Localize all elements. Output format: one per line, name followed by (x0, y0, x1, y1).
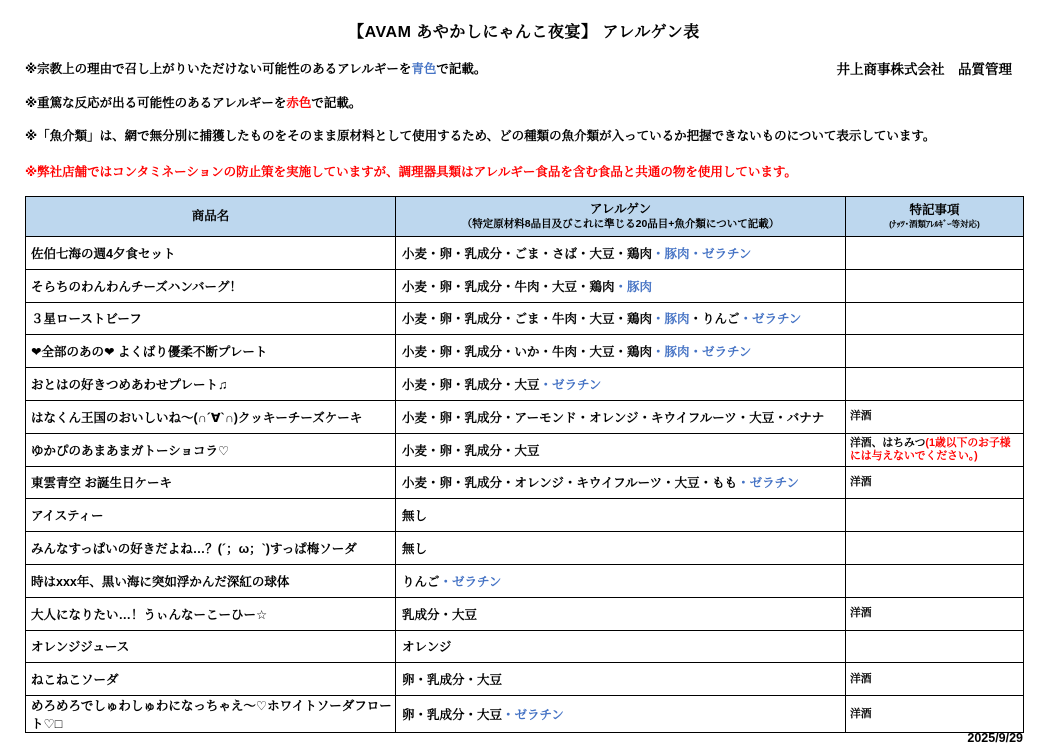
notes-cell (846, 630, 1024, 663)
note-religion: ※宗教上の理由で召し上がりいただけない可能性のあるアレルギーを青色で記載。 (25, 59, 486, 77)
table-row: ３星ローストビーフ小麦・卵・乳成分・ごま・牛肉・大豆・鶏肉・豚肉・りんご・ゼラチ… (26, 302, 1024, 335)
notes-cell: 洋酒 (846, 466, 1024, 499)
text-segment: ※「魚介類」は、網で無分別に捕獲したものをそのまま原材料として使用するため、どの… (25, 129, 935, 143)
allergen-cell: 小麦・卵・乳成分・オレンジ・キウイフルーツ・大豆・もも・ゼラチン (396, 466, 846, 499)
text-segment: ・豚肉・ゼラチン (652, 345, 751, 359)
header-product: 商品名 (26, 197, 396, 237)
table-row: ねこねこソーダ卵・乳成分・大豆洋酒 (26, 663, 1024, 696)
allergen-cell: 小麦・卵・乳成分・アーモンド・オレンジ・キウイフルーツ・大豆・バナナ (396, 400, 846, 433)
text-segment: 赤色 (286, 96, 311, 110)
product-cell: 東雲青空 お誕生日ケーキ (26, 466, 396, 499)
text-segment: 小麦・卵・乳成分・オレンジ・キウイフルーツ・大豆・もも (402, 476, 737, 490)
text-segment: ・ゼラチン (737, 476, 799, 490)
table-row: めろめろでしゅわしゅわになっちゃえ～♡ホワイトソーダフロート♡□卵・乳成分・大豆… (26, 696, 1024, 733)
allergen-cell: 乳成分・大豆 (396, 597, 846, 630)
table-row: 時はxxx年、黒い海に突如浮かんだ深紅の球体りんご・ゼラチン (26, 564, 1024, 597)
table-row: オレンジジュースオレンジ (26, 630, 1024, 663)
text-segment: ・りんご (690, 312, 740, 326)
text-segment: 小麦・卵・乳成分・ごま・さば・大豆・鶏肉 (402, 247, 652, 261)
notes-cell: 洋酒、はちみつ(1歳以下のお子様には与えないでください。) (846, 433, 1024, 466)
product-cell: 時はxxx年、黒い海に突如浮かんだ深紅の球体 (26, 564, 396, 597)
text-segment: ※重篤な反応が出る可能性のあるアレルギーを (25, 96, 286, 110)
notes-cell (846, 499, 1024, 532)
allergen-cell: 卵・乳成分・大豆・ゼラチン (396, 696, 846, 733)
text-segment: で記載。 (436, 62, 486, 76)
text-segment: オレンジ (402, 640, 451, 654)
text-segment: 卵・乳成分・大豆 (402, 708, 502, 722)
allergen-cell: 小麦・卵・乳成分・大豆・ゼラチン (396, 368, 846, 401)
product-cell: アイスティー (26, 499, 396, 532)
note-seafood: ※「魚介類」は、網で無分別に捕獲したものをそのまま原材料として使用するため、どの… (25, 126, 935, 144)
allergen-cell: 小麦・卵・乳成分・いか・牛肉・大豆・鶏肉・豚肉・ゼラチン (396, 335, 846, 368)
notes-cell (846, 269, 1024, 302)
allergen-cell: 小麦・卵・乳成分・ごま・牛肉・大豆・鶏肉・豚肉・りんご・ゼラチン (396, 302, 846, 335)
text-segment: 小麦・卵・乳成分・大豆 (402, 378, 540, 392)
text-segment: ・豚肉・ゼラチン (652, 247, 751, 261)
table-row: そらちのわんわんチーズハンバーグ！小麦・卵・乳成分・牛肉・大豆・鶏肉・豚肉 (26, 269, 1024, 302)
text-segment: ※宗教上の理由で召し上がりいただけない可能性のあるアレルギーを (25, 62, 411, 76)
allergen-cell: 無し (396, 499, 846, 532)
header-notes-label: 特記事項 (846, 203, 1023, 219)
notes-cell: 洋酒 (846, 696, 1024, 733)
text-segment: ・ゼラチン (440, 575, 502, 589)
notes-cell (846, 335, 1024, 368)
allergen-cell: 小麦・卵・乳成分・牛肉・大豆・鶏肉・豚肉 (396, 269, 846, 302)
product-cell: オレンジジュース (26, 630, 396, 663)
note-contamination: ※弊社店舗ではコンタミネーションの防止策を実施していますが、調理器具類はアレルギ… (25, 162, 797, 180)
notes-cell (846, 532, 1024, 565)
allergen-cell: 小麦・卵・乳成分・大豆 (396, 433, 846, 466)
allergen-cell: 無し (396, 532, 846, 565)
allergen-cell: りんご・ゼラチン (396, 564, 846, 597)
product-cell: おとはの好きつめあわせプレート♫ (26, 368, 396, 401)
header-notes-sublabel: (ﾅｯﾂ･酒類ｱﾚﾙｷﾞｰ等対応) (846, 219, 1023, 230)
header-allergen: アレルゲン （特定原材料8品目及びこれに準じる20品目+魚介類について記載） (396, 197, 846, 237)
allergen-table: 商品名 アレルゲン （特定原材料8品目及びこれに準じる20品目+魚介類について記… (25, 196, 1024, 733)
notes-cell: 洋酒 (846, 597, 1024, 630)
table-row: アイスティー無し (26, 499, 1024, 532)
table-row: ❤全部のあの❤ よくばり優柔不断プレート小麦・卵・乳成分・いか・牛肉・大豆・鶏肉… (26, 335, 1024, 368)
page-title: 【AVAM あやかしにゃんこ夜宴】 アレルゲン表 (0, 19, 1048, 42)
text-segment: 洋酒 (850, 708, 872, 720)
product-cell: みんなすっぱいの好きだよね…？(´；ω；`)すっぱ梅ソーダ (26, 532, 396, 565)
text-segment: ・ゼラチン (740, 312, 802, 326)
note-severe: ※重篤な反応が出る可能性のあるアレルギーを赤色で記載。 (25, 93, 361, 111)
product-cell: はなくん王国のおいしいね～(∩´∀`∩)クッキーチーズケーキ (26, 400, 396, 433)
text-segment: ・豚肉 (615, 280, 653, 294)
text-segment: で記載。 (311, 96, 361, 110)
text-segment: ・ゼラチン (540, 378, 602, 392)
text-segment: 小麦・卵・乳成分・牛肉・大豆・鶏肉 (402, 280, 615, 294)
text-segment: 洋酒 (850, 607, 872, 619)
table-row: 大人になりたい…！うぃんなーこーひー☆乳成分・大豆洋酒 (26, 597, 1024, 630)
text-segment: りんご (402, 575, 440, 589)
text-segment: 洋酒 (850, 673, 872, 685)
allergen-cell: 小麦・卵・乳成分・ごま・さば・大豆・鶏肉・豚肉・ゼラチン (396, 237, 846, 270)
allergen-cell: 卵・乳成分・大豆 (396, 663, 846, 696)
product-cell: ❤全部のあの❤ よくばり優柔不断プレート (26, 335, 396, 368)
text-segment: 小麦・卵・乳成分・アーモンド・オレンジ・キウイフルーツ・大豆・バナナ (402, 411, 824, 425)
text-segment: 乳成分・大豆 (402, 608, 477, 622)
table-body: 佐伯七海の週4夕食セット小麦・卵・乳成分・ごま・さば・大豆・鶏肉・豚肉・ゼラチン… (26, 237, 1024, 733)
product-cell: ねこねこソーダ (26, 663, 396, 696)
allergen-sheet: 【AVAM あやかしにゃんこ夜宴】 アレルゲン表 ※宗教上の理由で召し上がりいた… (0, 0, 1048, 752)
notes-cell (846, 564, 1024, 597)
header-allergen-sublabel: （特定原材料8品目及びこれに準じる20品目+魚介類について記載） (396, 218, 845, 231)
notes-cell (846, 237, 1024, 270)
product-cell: そらちのわんわんチーズハンバーグ！ (26, 269, 396, 302)
product-cell: 大人になりたい…！うぃんなーこーひー☆ (26, 597, 396, 630)
header-allergen-label: アレルゲン (396, 202, 845, 218)
text-segment: 無し (402, 509, 427, 523)
notes-cell: 洋酒 (846, 400, 1024, 433)
product-cell: ３星ローストビーフ (26, 302, 396, 335)
table-header-row: 商品名 アレルゲン （特定原材料8品目及びこれに準じる20品目+魚介類について記… (26, 197, 1024, 237)
notes-cell (846, 368, 1024, 401)
product-cell: めろめろでしゅわしゅわになっちゃえ～♡ホワイトソーダフロート♡□ (26, 696, 396, 733)
text-segment: 洋酒 (850, 476, 872, 488)
table-row: おとはの好きつめあわせプレート♫小麦・卵・乳成分・大豆・ゼラチン (26, 368, 1024, 401)
header-product-label: 商品名 (26, 209, 395, 225)
notes-cell (846, 302, 1024, 335)
text-segment: 青色 (411, 62, 436, 76)
text-segment: 洋酒、はちみつ (850, 437, 925, 449)
text-segment: ・豚肉 (652, 312, 690, 326)
table-row: 東雲青空 お誕生日ケーキ小麦・卵・乳成分・オレンジ・キウイフルーツ・大豆・もも・… (26, 466, 1024, 499)
date-label: 2025/9/29 (967, 731, 1023, 745)
text-segment: 小麦・卵・乳成分・いか・牛肉・大豆・鶏肉 (402, 345, 652, 359)
table-row: みんなすっぱいの好きだよね…？(´；ω；`)すっぱ梅ソーダ無し (26, 532, 1024, 565)
header-notes: 特記事項 (ﾅｯﾂ･酒類ｱﾚﾙｷﾞｰ等対応) (846, 197, 1024, 237)
product-cell: ゆかぴのあまあまガトーショコラ♡ (26, 433, 396, 466)
text-segment: 洋酒 (850, 410, 872, 422)
text-segment: 卵・乳成分・大豆 (402, 673, 502, 687)
text-segment: 無し (402, 542, 427, 556)
product-cell: 佐伯七海の週4夕食セット (26, 237, 396, 270)
text-segment: ※弊社店舗ではコンタミネーションの防止策を実施していますが、調理器具類はアレルギ… (25, 165, 797, 179)
table-row: はなくん王国のおいしいね～(∩´∀`∩)クッキーチーズケーキ小麦・卵・乳成分・ア… (26, 400, 1024, 433)
allergen-cell: オレンジ (396, 630, 846, 663)
text-segment: 小麦・卵・乳成分・ごま・牛肉・大豆・鶏肉 (402, 312, 652, 326)
text-segment: ・ゼラチン (502, 708, 564, 722)
table-row: 佐伯七海の週4夕食セット小麦・卵・乳成分・ごま・さば・大豆・鶏肉・豚肉・ゼラチン (26, 237, 1024, 270)
table-row: ゆかぴのあまあまガトーショコラ♡小麦・卵・乳成分・大豆洋酒、はちみつ(1歳以下の… (26, 433, 1024, 466)
text-segment: 小麦・卵・乳成分・大豆 (402, 444, 540, 458)
notes-cell: 洋酒 (846, 663, 1024, 696)
company-name: 井上商事株式会社 品質管理 (837, 58, 1013, 78)
